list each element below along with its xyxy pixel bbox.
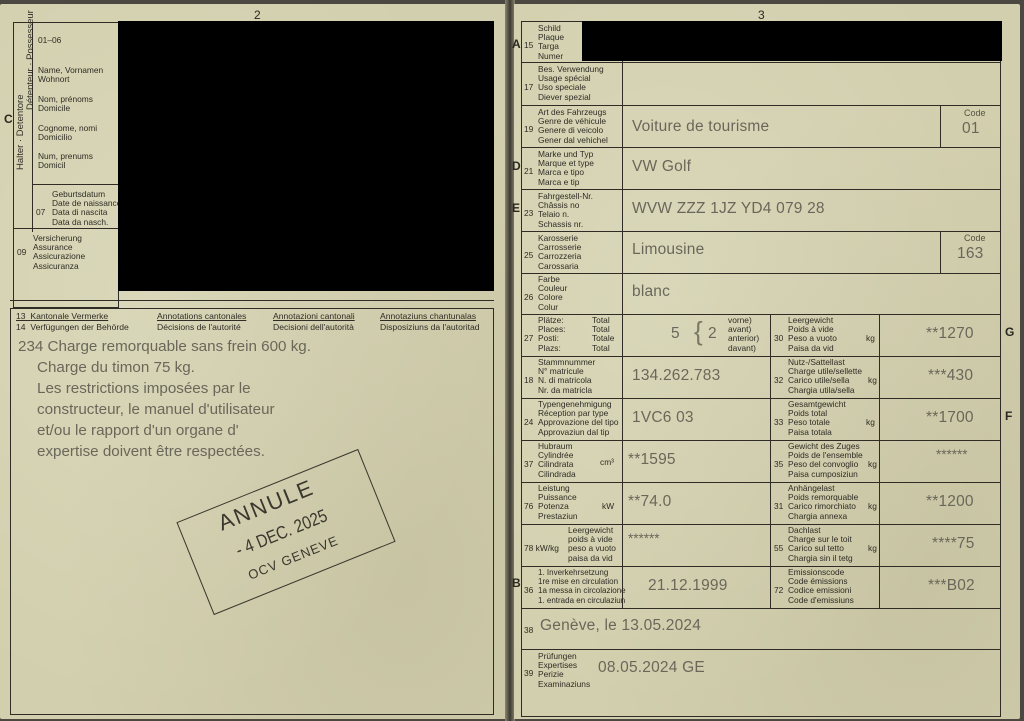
body-number: 25: [524, 250, 533, 260]
first-registration-number: 36: [524, 585, 533, 595]
total-weight-labels: GesamtgewichtPoids totalPeso totalePaisa…: [788, 400, 846, 437]
seats-front-value: 2: [708, 325, 717, 343]
annotation-13-fr: Annotations cantonales: [157, 311, 246, 321]
make-type-number: 21: [524, 166, 533, 176]
empty-weight-value: **1270: [926, 325, 974, 343]
holder-divider: [32, 184, 119, 185]
displacement-number: 37: [524, 459, 533, 469]
power-value: **74.0: [628, 493, 671, 511]
page-number-2: 2: [254, 8, 261, 22]
page-3: 3 A D E B G F 15 SchildPlaqueTargaNumer …: [514, 4, 1020, 719]
row-rule: [521, 273, 1001, 274]
plate-labels: SchildPlaqueTargaNumer: [538, 24, 564, 61]
annotation-13-rm: Annotaziuns chantunalas: [380, 311, 476, 321]
power-weight-labels: Leergewichtpoids à videpeso a vuotopaisa…: [568, 526, 616, 563]
annotation-14-rm: Disposiziuns da l'autoritad: [380, 322, 480, 332]
birthdate-labels: GeburtsdatumDate de naissanceData di nas…: [52, 190, 121, 227]
trailer-load-labels: AnhängelastPoids remorquableCarico rimor…: [788, 484, 858, 521]
payload-number: 32: [774, 375, 783, 385]
margin-letter-g: G: [1005, 325, 1014, 339]
row-rule: [521, 440, 1001, 441]
train-weight-value: ******: [936, 447, 968, 462]
emission-code-value: ***B02: [928, 577, 975, 595]
right-label-column-divider: [879, 314, 880, 608]
train-weight-number: 35: [774, 459, 783, 469]
seats-number: 27: [524, 333, 533, 343]
annotation-line-1: 234 Charge remorquable sans frein 600 kg…: [18, 338, 311, 355]
row-rule: [521, 62, 1001, 63]
color-number: 26: [524, 292, 533, 302]
holder-label-fr: Nom, prénomsDomicile: [38, 95, 93, 113]
trailer-load-number: 31: [774, 501, 783, 511]
matricule-number: 18: [524, 375, 533, 385]
birthdate-divider: [13, 228, 119, 229]
payload-labels: Nutz-/SattellastCharge utile/selletteCar…: [788, 358, 862, 395]
row-rule: [521, 649, 1001, 650]
vehicle-kind-number: 19: [524, 124, 533, 134]
special-use-labels: Bes. VerwendungUsage spécialUso speciale…: [538, 65, 604, 102]
power-unit: kW: [602, 501, 614, 511]
vehicle-kind-code-label: Code: [964, 108, 986, 118]
row-rule: [521, 147, 1001, 148]
chassis-value: WVW ZZZ 1JZ YD4 079 28: [632, 200, 825, 218]
annotation-14-fr: Décisions de l'autorité: [157, 322, 241, 332]
special-use-number: 17: [524, 82, 533, 92]
empty-weight-labels: LeergewichtPoids à videPeso a vuotoPaisa…: [788, 316, 837, 353]
birthdate-number: 07: [36, 207, 45, 217]
roof-load-unit: kg: [868, 543, 877, 553]
plate-redaction: [582, 21, 1002, 61]
annotation-14-it: Decisioni dell'autorità: [273, 322, 354, 332]
chassis-labels: Fahrgestell-Nr.Châssis noTelaio n.Schass…: [538, 192, 593, 229]
chassis-number-label: 23: [524, 208, 533, 218]
first-registration-labels: 1. Inverkehrsetzung1re mise en circulati…: [538, 568, 626, 605]
power-weight-value: ******: [628, 531, 660, 546]
margin-letter-d: D: [512, 159, 521, 173]
code-column-divider: [940, 105, 941, 147]
type-approval-number: 24: [524, 417, 533, 427]
annotations-top-line: [10, 300, 494, 301]
vehicle-kind-value: Voiture de tourisme: [632, 118, 769, 136]
inspections-number: 39: [524, 668, 533, 678]
holder-vertical-label-2: Détenteur · Possesseur: [26, 10, 36, 110]
row-rule: [521, 482, 1001, 483]
total-weight-unit: kg: [866, 417, 875, 427]
page-number-3: 3: [758, 8, 765, 22]
make-type-value: VW Golf: [632, 158, 691, 176]
seats-front-labels: vorne)avant)anterior)davant): [728, 316, 759, 353]
total-weight-value: **1700: [926, 409, 974, 427]
seats-labels: Plätze:Places:Posti:Plazs:: [538, 316, 565, 353]
body-code: 163: [957, 245, 983, 263]
row-rule: [521, 189, 1001, 190]
body-code-label: Code: [964, 233, 986, 243]
make-type-labels: Marke und TypMarque et typeMarca e tipoM…: [538, 150, 594, 187]
matricule-value: 134.262.783: [632, 367, 720, 385]
first-registration-value: 21.12.1999: [648, 577, 728, 595]
vehicle-kind-code: 01: [962, 120, 980, 138]
holder-field-range: 01–06: [38, 36, 61, 45]
payload-unit: kg: [868, 375, 877, 385]
seats-total-value: 5: [671, 325, 680, 343]
emission-code-labels: EmissionscodeCode émissionsCodice emissi…: [788, 568, 854, 605]
power-weight-number-unit: 78 kW/kg: [524, 543, 559, 553]
displacement-labels: HubraumCylindréeCilindrataCilindrada: [538, 442, 576, 479]
color-value: blanc: [632, 283, 670, 301]
page-2: 2 C Halter · Detentore Détenteur · Posse…: [0, 4, 506, 719]
annotation-line-6: expertise doivent être respectées.: [37, 443, 265, 460]
holder-redaction: [118, 21, 494, 291]
annotation-line-4: constructeur, le manuel d'utilisateur: [37, 401, 275, 418]
margin-letter-e: E: [512, 201, 520, 215]
vehicle-kind-labels: Art des FahrzeugsGenre de véhiculeGenere…: [538, 108, 608, 145]
emission-code-number: 72: [774, 585, 783, 595]
train-weight-unit: kg: [868, 459, 877, 469]
annotation-line-2: Charge du timon 75 kg.: [37, 359, 195, 376]
row-rule: [521, 566, 1001, 567]
power-labels: LeistungPuissancePotenzaPrestaziun: [538, 484, 578, 521]
margin-letter-b: B: [512, 576, 521, 590]
row-rule: [521, 231, 1001, 232]
insurance-number: 09: [17, 247, 26, 257]
seats-total-labels: TotalTotalTotaleTotal: [592, 316, 614, 353]
inspections-value: 08.05.2024 GE: [598, 659, 705, 677]
trailer-load-value: **1200: [926, 493, 974, 511]
annotation-line-5: et/ou le rapport d'un organe d': [37, 422, 239, 439]
empty-weight-unit: kg: [866, 333, 875, 343]
row-rule: [521, 105, 1001, 106]
inspections-labels: PrüfungenExpertisesPerizieExaminaziuns: [538, 652, 590, 689]
payload-value: ***430: [928, 367, 973, 385]
train-weight-labels: Gewicht des ZugesPoids de l'ensemblePeso…: [788, 442, 863, 479]
roof-load-value: ****75: [932, 535, 975, 553]
annotation-13-de: 13 Kantonale Vermerke: [16, 311, 108, 321]
roof-load-labels: DachlastCharge sur le toitCarico sul tet…: [788, 526, 853, 563]
empty-weight-number: 30: [774, 333, 783, 343]
body-labels: KarosserieCarrosserieCarrozzeriaCarossar…: [538, 234, 581, 271]
trailer-load-unit: kg: [868, 501, 877, 511]
code-column-divider: [940, 231, 941, 273]
annotation-13-it: Annotazioni cantonali: [273, 311, 355, 321]
place-date-value: Genève, le 13.05.2024: [540, 617, 701, 635]
holder-label-it: Cognome, nomiDomicilio: [38, 124, 97, 142]
type-approval-labels: TypengenehmigungRéception par typeApprov…: [538, 400, 619, 437]
displacement-value: **1595: [628, 451, 676, 469]
annotation-line-3: Les restrictions imposées par le: [37, 380, 251, 397]
label-column-divider: [622, 21, 623, 608]
margin-letter-a: A: [512, 37, 521, 51]
insurance-labels: VersicherungAssuranceAssicurazioneAssicu…: [33, 234, 85, 271]
row-rule: [521, 608, 1001, 609]
margin-letter-f: F: [1005, 409, 1012, 423]
matricule-labels: StammnummerN° matriculeN. di matricolaNr…: [538, 358, 595, 395]
margin-letter-c: C: [4, 112, 13, 126]
holder-label-de: Name, VornamenWohnort: [38, 66, 103, 84]
type-approval-value: 1VC6 03: [632, 409, 694, 427]
annotation-14-de: 14 Verfügungen der Behörde: [16, 322, 129, 332]
body-value: Limousine: [632, 241, 704, 259]
color-labels: FarbeCouleurColoreColur: [538, 275, 567, 312]
seats-brace: {: [694, 316, 703, 347]
displacement-unit: cm³: [600, 457, 614, 467]
middle-column-divider: [770, 314, 771, 608]
place-date-number: 38: [524, 625, 533, 635]
roof-load-number: 55: [774, 543, 783, 553]
plate-number-label: 15: [524, 40, 533, 50]
holder-label-rm: Num, prenumsDomicil: [38, 152, 93, 170]
power-number: 76: [524, 501, 533, 511]
total-weight-number: 33: [774, 417, 783, 427]
